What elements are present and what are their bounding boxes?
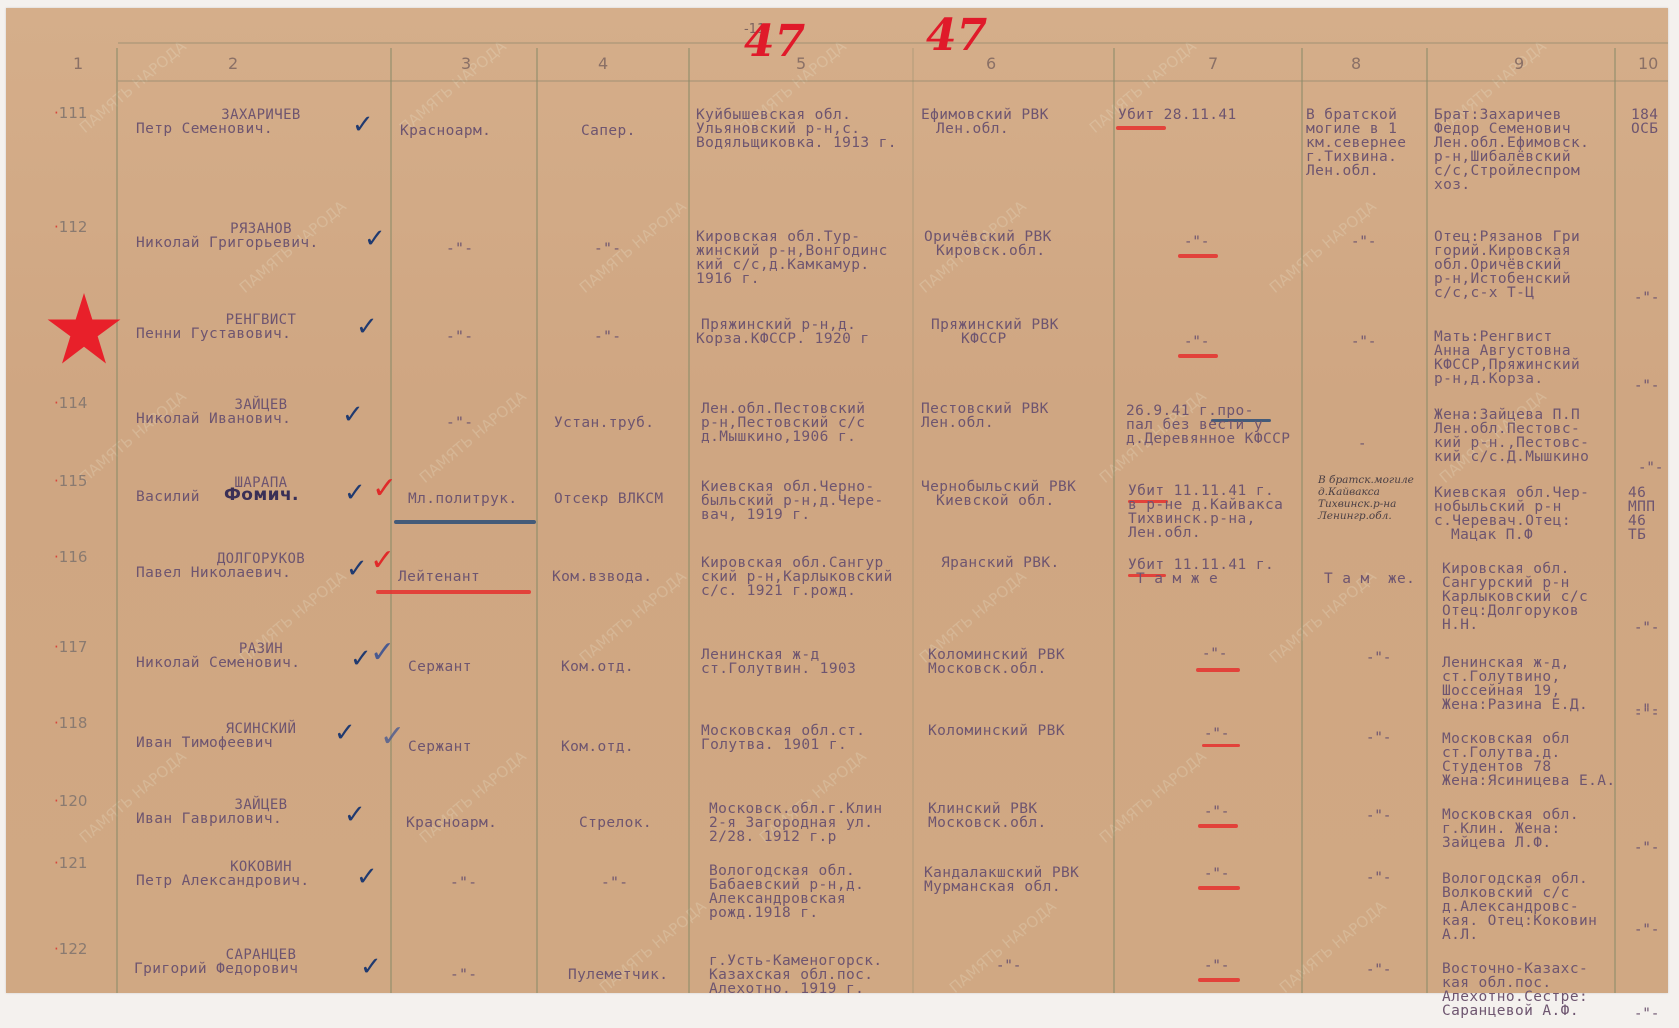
- relatives-line: Восточно-Казахс-: [1442, 962, 1588, 976]
- birth-line: Голутва. 1901 г.: [701, 738, 847, 752]
- column-divider: [1113, 48, 1115, 993]
- relatives-line: Студентов 78: [1442, 760, 1552, 774]
- birth-line: ский р-н,Карлыковский: [701, 570, 893, 584]
- unit-line: 184: [1631, 108, 1658, 122]
- birth-line: Московск.обл.г.Клин: [709, 802, 882, 816]
- relatives-line: кая обл.пос.: [1442, 976, 1552, 990]
- rank: Сержант: [408, 740, 472, 754]
- relatives-line: Московская обл: [1442, 732, 1570, 746]
- surname: РЯЗАНОВ: [196, 222, 326, 236]
- rvk-line: Чернобыльский РВК: [921, 480, 1076, 494]
- rank: Красноарм.: [406, 816, 497, 830]
- ditto-mark: -"-: [1366, 962, 1391, 978]
- column-header-7: 7: [1208, 54, 1218, 73]
- birth-line: Водяльщиковка. 1913 г.: [696, 136, 897, 150]
- unit-line: 46: [1628, 486, 1646, 500]
- ditto-mark: -"-: [1204, 726, 1229, 742]
- check-mark-icon: ✓: [350, 646, 372, 672]
- handwritten-burial-line: В братск.могиле: [1318, 474, 1414, 486]
- burial-line: г.Тихвина.: [1306, 150, 1397, 164]
- watermark: ПАМЯТЬ НАРОДА: [396, 37, 510, 137]
- column-header-1: 1: [73, 54, 83, 73]
- given-name: Василий: [136, 490, 200, 504]
- birth-line: Лен.обл.Пестовский: [701, 402, 865, 416]
- birth-line: ст.Голутвин. 1903: [701, 662, 856, 676]
- red-underline: [1202, 744, 1240, 747]
- column-header-8: 8: [1351, 54, 1361, 73]
- burial-line: Т а м же.: [1324, 572, 1415, 586]
- red-underline: [1196, 668, 1240, 672]
- surname: КОКОВИН: [196, 860, 326, 874]
- relatives-line: обл.Оричёвский: [1434, 258, 1562, 272]
- relatives-line: Московская обл.: [1442, 808, 1579, 822]
- relatives-line: д.Александровс-: [1442, 900, 1579, 914]
- rvk-line: Лен.обл.: [921, 416, 994, 430]
- ditto-mark: -"-: [1634, 378, 1659, 394]
- ditto-mark: -"-: [1638, 460, 1663, 476]
- burial-line: В братской: [1306, 108, 1397, 122]
- burial-line: км.севернее: [1306, 136, 1406, 150]
- check-mark-icon: ✓: [364, 226, 386, 252]
- relatives-line: Саранцевой А.Ф.: [1442, 1004, 1579, 1018]
- blue-check-mark-icon: ✓: [370, 640, 395, 666]
- rvk-line: Пряжинский РВК: [931, 318, 1059, 332]
- red-underline: [1178, 354, 1218, 358]
- relatives-line: р-н,д.Корза.: [1434, 372, 1544, 386]
- relatives-line: кая. Отец:Коковин: [1442, 914, 1597, 928]
- red-underline: [1198, 886, 1240, 890]
- surname: ЯСИНСКИЙ: [196, 722, 326, 736]
- page-number-red-handwritten: 47: [744, 16, 805, 67]
- birth-line: кий с/с,д.Камкамур.: [696, 258, 869, 272]
- handwritten-burial-line: д.Кайвакса: [1318, 486, 1380, 498]
- handwritten-burial-line: Тихвинск.р-на: [1318, 498, 1396, 510]
- ditto-mark: -"-: [1634, 620, 1659, 636]
- check-mark-icon: ✓: [344, 802, 366, 828]
- ditto-mark: -"-: [1634, 290, 1659, 306]
- relatives-line: с/с,Стройлеспром: [1434, 164, 1580, 178]
- fate-line: в р-не д.Кайвакса: [1128, 498, 1283, 512]
- burial-line: -: [1358, 436, 1366, 452]
- rvk-line: Клинский РВК: [928, 802, 1038, 816]
- check-mark-icon: ✓: [342, 402, 364, 428]
- birth-line: Алехотно. 1919 г.: [709, 982, 864, 996]
- ditto-mark: -"-: [1204, 958, 1229, 974]
- ditto-mark: -"-: [1366, 730, 1391, 746]
- page-number-red-handwritten: 47: [926, 10, 987, 61]
- relatives-line: Мать:Ренгвист: [1434, 330, 1553, 344]
- relatives-line: Лен.обл.Пестовс-: [1434, 422, 1580, 436]
- rank: Сержант: [408, 660, 472, 674]
- birth-line: быльский р-н,д.Чере-: [701, 494, 884, 508]
- relatives-line: Карлыковский с/с: [1442, 590, 1588, 604]
- fate-line: Тихвинск.р-на,: [1128, 512, 1256, 526]
- red-star-icon: [46, 293, 122, 365]
- relatives-line: р-н,Шибалёвский: [1434, 150, 1571, 164]
- rvk-line: Кандалакшский РВК: [924, 866, 1079, 880]
- relatives-line: Алехотно.Сестре:: [1442, 990, 1588, 1004]
- birth-line: р-н,Пестовский с/с: [701, 416, 865, 430]
- rank: Красноарм.: [400, 124, 491, 138]
- given-name: Николай Иванович.: [136, 412, 291, 426]
- birth-line: Куйбышевская обл.: [696, 108, 851, 122]
- ditto-mark: -"-: [1184, 234, 1209, 250]
- surname: РАЗИН: [196, 642, 326, 656]
- watermark: ПАМЯТЬ НАРОДА: [1276, 897, 1390, 997]
- row-number: ·116: [54, 548, 87, 566]
- column-divider: [390, 48, 392, 993]
- birth-line: Московская обл.ст.: [701, 724, 865, 738]
- given-name: Петр Семенович.: [136, 122, 273, 136]
- red-underline: [1116, 126, 1166, 130]
- position: -"-: [601, 876, 628, 890]
- ditto-mark: -"-: [1634, 922, 1659, 938]
- row-number: ·112: [54, 218, 87, 236]
- rank: -"-: [450, 968, 477, 982]
- ditto-mark: -"-: [1202, 646, 1227, 662]
- ditto-mark: -"-: [1634, 706, 1659, 722]
- check-mark-icon: ✓: [356, 314, 378, 340]
- fate-line: 26.9.41 г.про-: [1126, 404, 1254, 418]
- column-divider: [688, 48, 690, 993]
- column-divider: [912, 48, 914, 993]
- rank: -"-: [446, 330, 473, 344]
- column-header-10: 10: [1638, 54, 1658, 73]
- rank: Мл.политрук.: [408, 492, 518, 506]
- position: Устан.труб.: [554, 416, 654, 430]
- birth-line: Кировская обл.Тур-: [696, 230, 860, 244]
- relatives-line: Зайцева Л.Ф.: [1442, 836, 1552, 850]
- column-header-4: 4: [598, 54, 608, 73]
- fate-line: Т а м ж е: [1136, 572, 1218, 586]
- ditto-mark: -"-: [1634, 1006, 1659, 1022]
- rank: -"-: [450, 876, 477, 890]
- position: Пулеметчик.: [568, 968, 668, 982]
- birth-line: 2/28. 1912 г.р: [709, 830, 837, 844]
- blue-underline: [394, 520, 536, 524]
- row-number: ·117: [54, 638, 87, 656]
- given-name: Павел Николаевич.: [136, 566, 291, 580]
- birth-line: 2-я Загородная ул.: [709, 816, 873, 830]
- red-underline: [1178, 254, 1218, 258]
- ditto-mark: -"-: [996, 958, 1021, 974]
- surname: ЗАЙЦЕВ: [196, 798, 326, 812]
- relatives-line: КФССР,Пряжинский: [1434, 358, 1580, 372]
- rvk-line: Оричёвский РВК: [924, 230, 1052, 244]
- column-header-3: 3: [461, 54, 471, 73]
- column-divider: [1614, 48, 1616, 993]
- column-header-6: 6: [986, 54, 996, 73]
- check-mark-icon: ✓: [360, 954, 382, 980]
- ditto-mark: -"-: [1184, 334, 1209, 350]
- red-check-mark-icon: ✓: [372, 476, 397, 502]
- column-divider: [1301, 48, 1303, 993]
- ditto-mark: -"-: [1366, 808, 1391, 824]
- unit-line: ОСБ: [1631, 122, 1658, 136]
- ditto-mark: -"-: [1351, 334, 1376, 350]
- red-underline: [376, 590, 531, 594]
- handwritten-patronymic: Фомич.: [224, 488, 299, 502]
- position: Ком.отд.: [561, 660, 634, 674]
- birth-line: д.Мышкино,1906 г.: [701, 430, 856, 444]
- red-check-mark-icon: ✓: [370, 548, 395, 574]
- relatives-line: Кировская обл.: [1442, 562, 1570, 576]
- relatives-line: Киевская обл.Чер-: [1434, 486, 1589, 500]
- relatives-line: Анна Августовна: [1434, 344, 1571, 358]
- row-number: ·115: [54, 472, 87, 490]
- given-name: Николай Семенович.: [136, 656, 300, 670]
- burial-line: Лен.обл.: [1306, 164, 1379, 178]
- given-name: Петр Александрович.: [136, 874, 309, 888]
- row-number: ·121: [54, 854, 87, 872]
- ditto-mark: -"-: [1366, 650, 1391, 666]
- burial-line: могиле в 1: [1306, 122, 1397, 136]
- rvk-line: Яранский РВК.: [941, 556, 1060, 570]
- birth-line: Ленинская ж-д: [701, 648, 820, 662]
- fate-line: д.Деревянное КФССР: [1126, 432, 1290, 446]
- rvk-line: Ефимовский РВК: [921, 108, 1049, 122]
- surname: САРАНЦЕВ: [196, 948, 326, 962]
- given-name: Николай Григорьевич.: [136, 236, 319, 250]
- position: Ком.отд.: [561, 740, 634, 754]
- row-number: ·111: [54, 104, 87, 122]
- relatives-line: А.Л.: [1442, 928, 1479, 942]
- ditto-mark: -"-: [1351, 234, 1376, 250]
- watermark: ПАМЯТЬ НАРОДА: [76, 747, 190, 847]
- relatives-line: р-н,Истобенский: [1434, 272, 1571, 286]
- rvk-line: Московск.обл.: [928, 662, 1047, 676]
- fate-line: пал без вести у: [1126, 418, 1263, 432]
- relatives-line: Жена:Ясиницева Е.А.: [1442, 774, 1615, 788]
- rvk-line: Кировск.обл.: [936, 244, 1046, 258]
- watermark: ПАМЯТЬ НАРОДА: [576, 197, 690, 297]
- birth-line: г.Усть-Каменогорск.: [709, 954, 882, 968]
- rvk-line: Киевской обл.: [936, 494, 1055, 508]
- row-number: ·122: [54, 940, 87, 958]
- given-name: Иван Гаврилович.: [136, 812, 282, 826]
- relatives-line: с.Черевач.Отец:: [1434, 514, 1571, 528]
- given-name: Пенни Густавович.: [136, 327, 291, 341]
- check-mark-icon: ✓: [352, 112, 374, 138]
- rvk-line: Мурманская обл.: [924, 880, 1061, 894]
- rank: -"-: [446, 416, 473, 430]
- birth-line: 1916 г.: [696, 272, 760, 286]
- relatives-line: Брат:Захаричев: [1434, 108, 1562, 122]
- birth-line: рожд.1918 г.: [709, 906, 819, 920]
- birth-line: Киевская обл.Черно-: [701, 480, 874, 494]
- surname: ЗАХАРИЧЕВ: [196, 108, 326, 122]
- check-mark-icon: ✓: [334, 720, 356, 746]
- check-mark-icon: ✓: [344, 480, 366, 506]
- surname: ЗАЙЦЕВ: [196, 398, 326, 412]
- position: Ком.взвода.: [552, 570, 652, 584]
- birth-line: вач, 1919 г.: [701, 508, 811, 522]
- relatives-line: Волковский с/с: [1442, 886, 1570, 900]
- row-number: ·120: [54, 792, 87, 810]
- column-divider: [116, 48, 118, 993]
- relatives-line: Отец:Долгоруков: [1442, 604, 1579, 618]
- table-top-rule: [118, 42, 1668, 44]
- surname: ДОЛГОРУКОВ: [196, 552, 326, 566]
- position: -"-: [594, 242, 621, 256]
- ditto-mark: -"-: [1366, 870, 1391, 886]
- relatives-line: Вологодская обл.: [1442, 872, 1588, 886]
- birth-line: Кировская обл.Сангур: [701, 556, 884, 570]
- relatives-line: Н.Н.: [1442, 618, 1479, 632]
- position: -"-: [594, 330, 621, 344]
- given-name: Иван Тимофеевич: [136, 736, 273, 750]
- watermark: ПАМЯТЬ НАРОДА: [76, 387, 190, 487]
- check-mark-icon: ✓: [356, 864, 378, 890]
- position: Сапер.: [581, 124, 636, 138]
- unit-line: ТБ: [1628, 528, 1646, 542]
- birth-line: с/с. 1921 г.рожд.: [701, 584, 856, 598]
- birth-line: Вологодская обл.: [709, 864, 855, 878]
- row-number: ·118: [54, 714, 87, 732]
- relatives-line: Федор Семенович: [1434, 122, 1571, 136]
- relatives-line: ст.Голутвино,: [1442, 670, 1561, 684]
- rvk-line: Коломинский РВК: [928, 648, 1065, 662]
- fate-line: Лен.обл.: [1128, 526, 1201, 540]
- fate-line: Убит 11.11.41 г.: [1128, 484, 1274, 498]
- column-header-9: 9: [1514, 54, 1524, 73]
- watermark: ПАМЯТЬ НАРОДА: [946, 897, 1060, 997]
- relatives-line: с/с,с-х Т-Ц: [1434, 286, 1534, 300]
- relatives-line: кий с/с.Д.Мышкино: [1434, 450, 1589, 464]
- birth-line: Александровская: [709, 892, 846, 906]
- ditto-mark: -"-: [1204, 866, 1229, 882]
- relatives-line: хоз.: [1434, 178, 1471, 192]
- fate-line: Убит 28.11.41: [1118, 108, 1237, 122]
- unit-line: 46: [1628, 514, 1646, 528]
- position: Отсекр ВЛКСМ: [554, 492, 664, 506]
- birth-line: Корза.КФССР. 1920 г: [696, 332, 869, 346]
- unit-line: МПП: [1628, 500, 1655, 514]
- rvk-line: Коломинский РВК: [928, 724, 1065, 738]
- fate-line: Убит 11.11.41 г.: [1128, 558, 1274, 572]
- column-divider: [536, 48, 538, 993]
- birth-line: Пряжинский р-н,д.: [701, 318, 856, 332]
- given-name: Григорий Федорович: [134, 962, 298, 976]
- column-header-2: 2: [228, 54, 238, 73]
- rvk-line: Московск.обл.: [928, 816, 1047, 830]
- relatives-line: Жена:Зайцева П.П: [1434, 408, 1580, 422]
- watermark: ПАМЯТЬ НАРОДА: [416, 747, 530, 847]
- relatives-line: Жена:Разина Е.Д.: [1442, 698, 1588, 712]
- row-number: ·114: [54, 394, 87, 412]
- rvk-line: КФССР: [961, 332, 1007, 346]
- red-underline: [1198, 824, 1238, 828]
- birth-line: жинский р-н,Вонгодинс: [696, 244, 888, 258]
- rvk-line: Пестовский РВК: [921, 402, 1049, 416]
- ditto-mark: -"-: [1634, 840, 1659, 856]
- relatives-line: Отец:Рязанов Гри: [1434, 230, 1580, 244]
- birth-line: Ульяновский р-н,с.: [696, 122, 860, 136]
- handwritten-burial-line: Ленингр.обл.: [1318, 510, 1392, 522]
- check-mark-icon: ✓: [346, 556, 368, 582]
- column-divider: [1426, 48, 1428, 993]
- relatives-line: ст.Голутва.д.: [1442, 746, 1561, 760]
- relatives-line: нобыльский р-н: [1434, 500, 1562, 514]
- relatives-line: горий.Кировская: [1434, 244, 1571, 258]
- relatives-line: Сангурский р-н: [1442, 576, 1570, 590]
- relatives-line: г.Клин. Жена:: [1442, 822, 1561, 836]
- birth-line: Казахская обл.пос.: [709, 968, 873, 982]
- red-underline: [1198, 978, 1240, 982]
- watermark: ПАМЯТЬ НАРОДА: [416, 387, 530, 487]
- birth-line: Бабаевский р-н,д.: [709, 878, 864, 892]
- rvk-line: Лен.обл.: [936, 122, 1009, 136]
- surname: РЕНГВИСТ: [196, 313, 326, 327]
- relatives-line: кий р-н.,Пестовс-: [1434, 436, 1589, 450]
- rank: Лейтенант: [398, 570, 480, 584]
- relatives-line: Шоссейная 19,: [1442, 684, 1561, 698]
- blue-check-mark-icon: ✓: [380, 724, 405, 750]
- ditto-mark: -"-: [1204, 804, 1229, 820]
- header-bottom-rule: [118, 80, 1668, 82]
- relatives-line: Ленинская ж-д,: [1442, 656, 1570, 670]
- relatives-line: Мацак П.Ф: [1451, 528, 1533, 542]
- rank: -"-: [446, 242, 473, 256]
- relatives-line: Лен.обл.Ефимовск.: [1434, 136, 1589, 150]
- position: Стрелок.: [579, 816, 652, 830]
- archive-document-page: ПАМЯТЬ НАРОДА ПАМЯТЬ НАРОДА ПАМЯТЬ НАРОД…: [6, 8, 1668, 993]
